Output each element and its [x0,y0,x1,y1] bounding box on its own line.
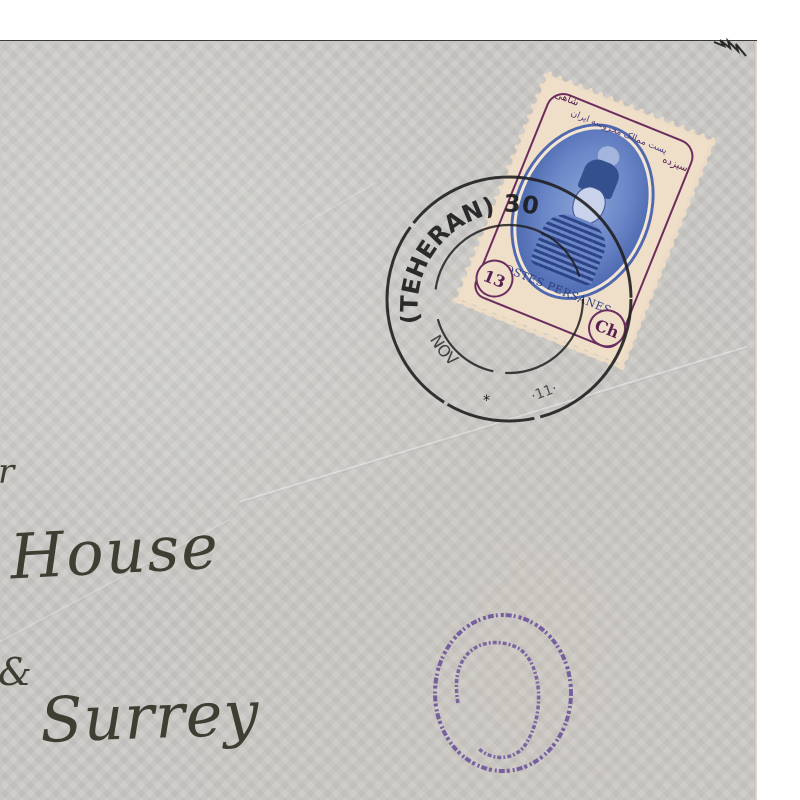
address-line-house: House [8,510,221,594]
postmark-star-icon: * [483,393,490,409]
postmark-city-text: (TEHERAN) 30 [395,190,541,326]
address-fragment-ampersand: & [0,650,32,694]
address-fragment-top: r [0,452,14,492]
postmark-cancellation: (TEHERAN) 30 NOV ·11· * [383,173,635,425]
crayon-oval-mark [428,608,578,778]
address-line-surrey: Surrey [39,676,261,757]
envelope-crease-upper [299,181,378,229]
postmark-date-fragment: ·11· [529,381,560,405]
torn-corner-mark [712,38,752,60]
svg-text:(TEHERAN) 30: (TEHERAN) 30 [395,190,541,326]
